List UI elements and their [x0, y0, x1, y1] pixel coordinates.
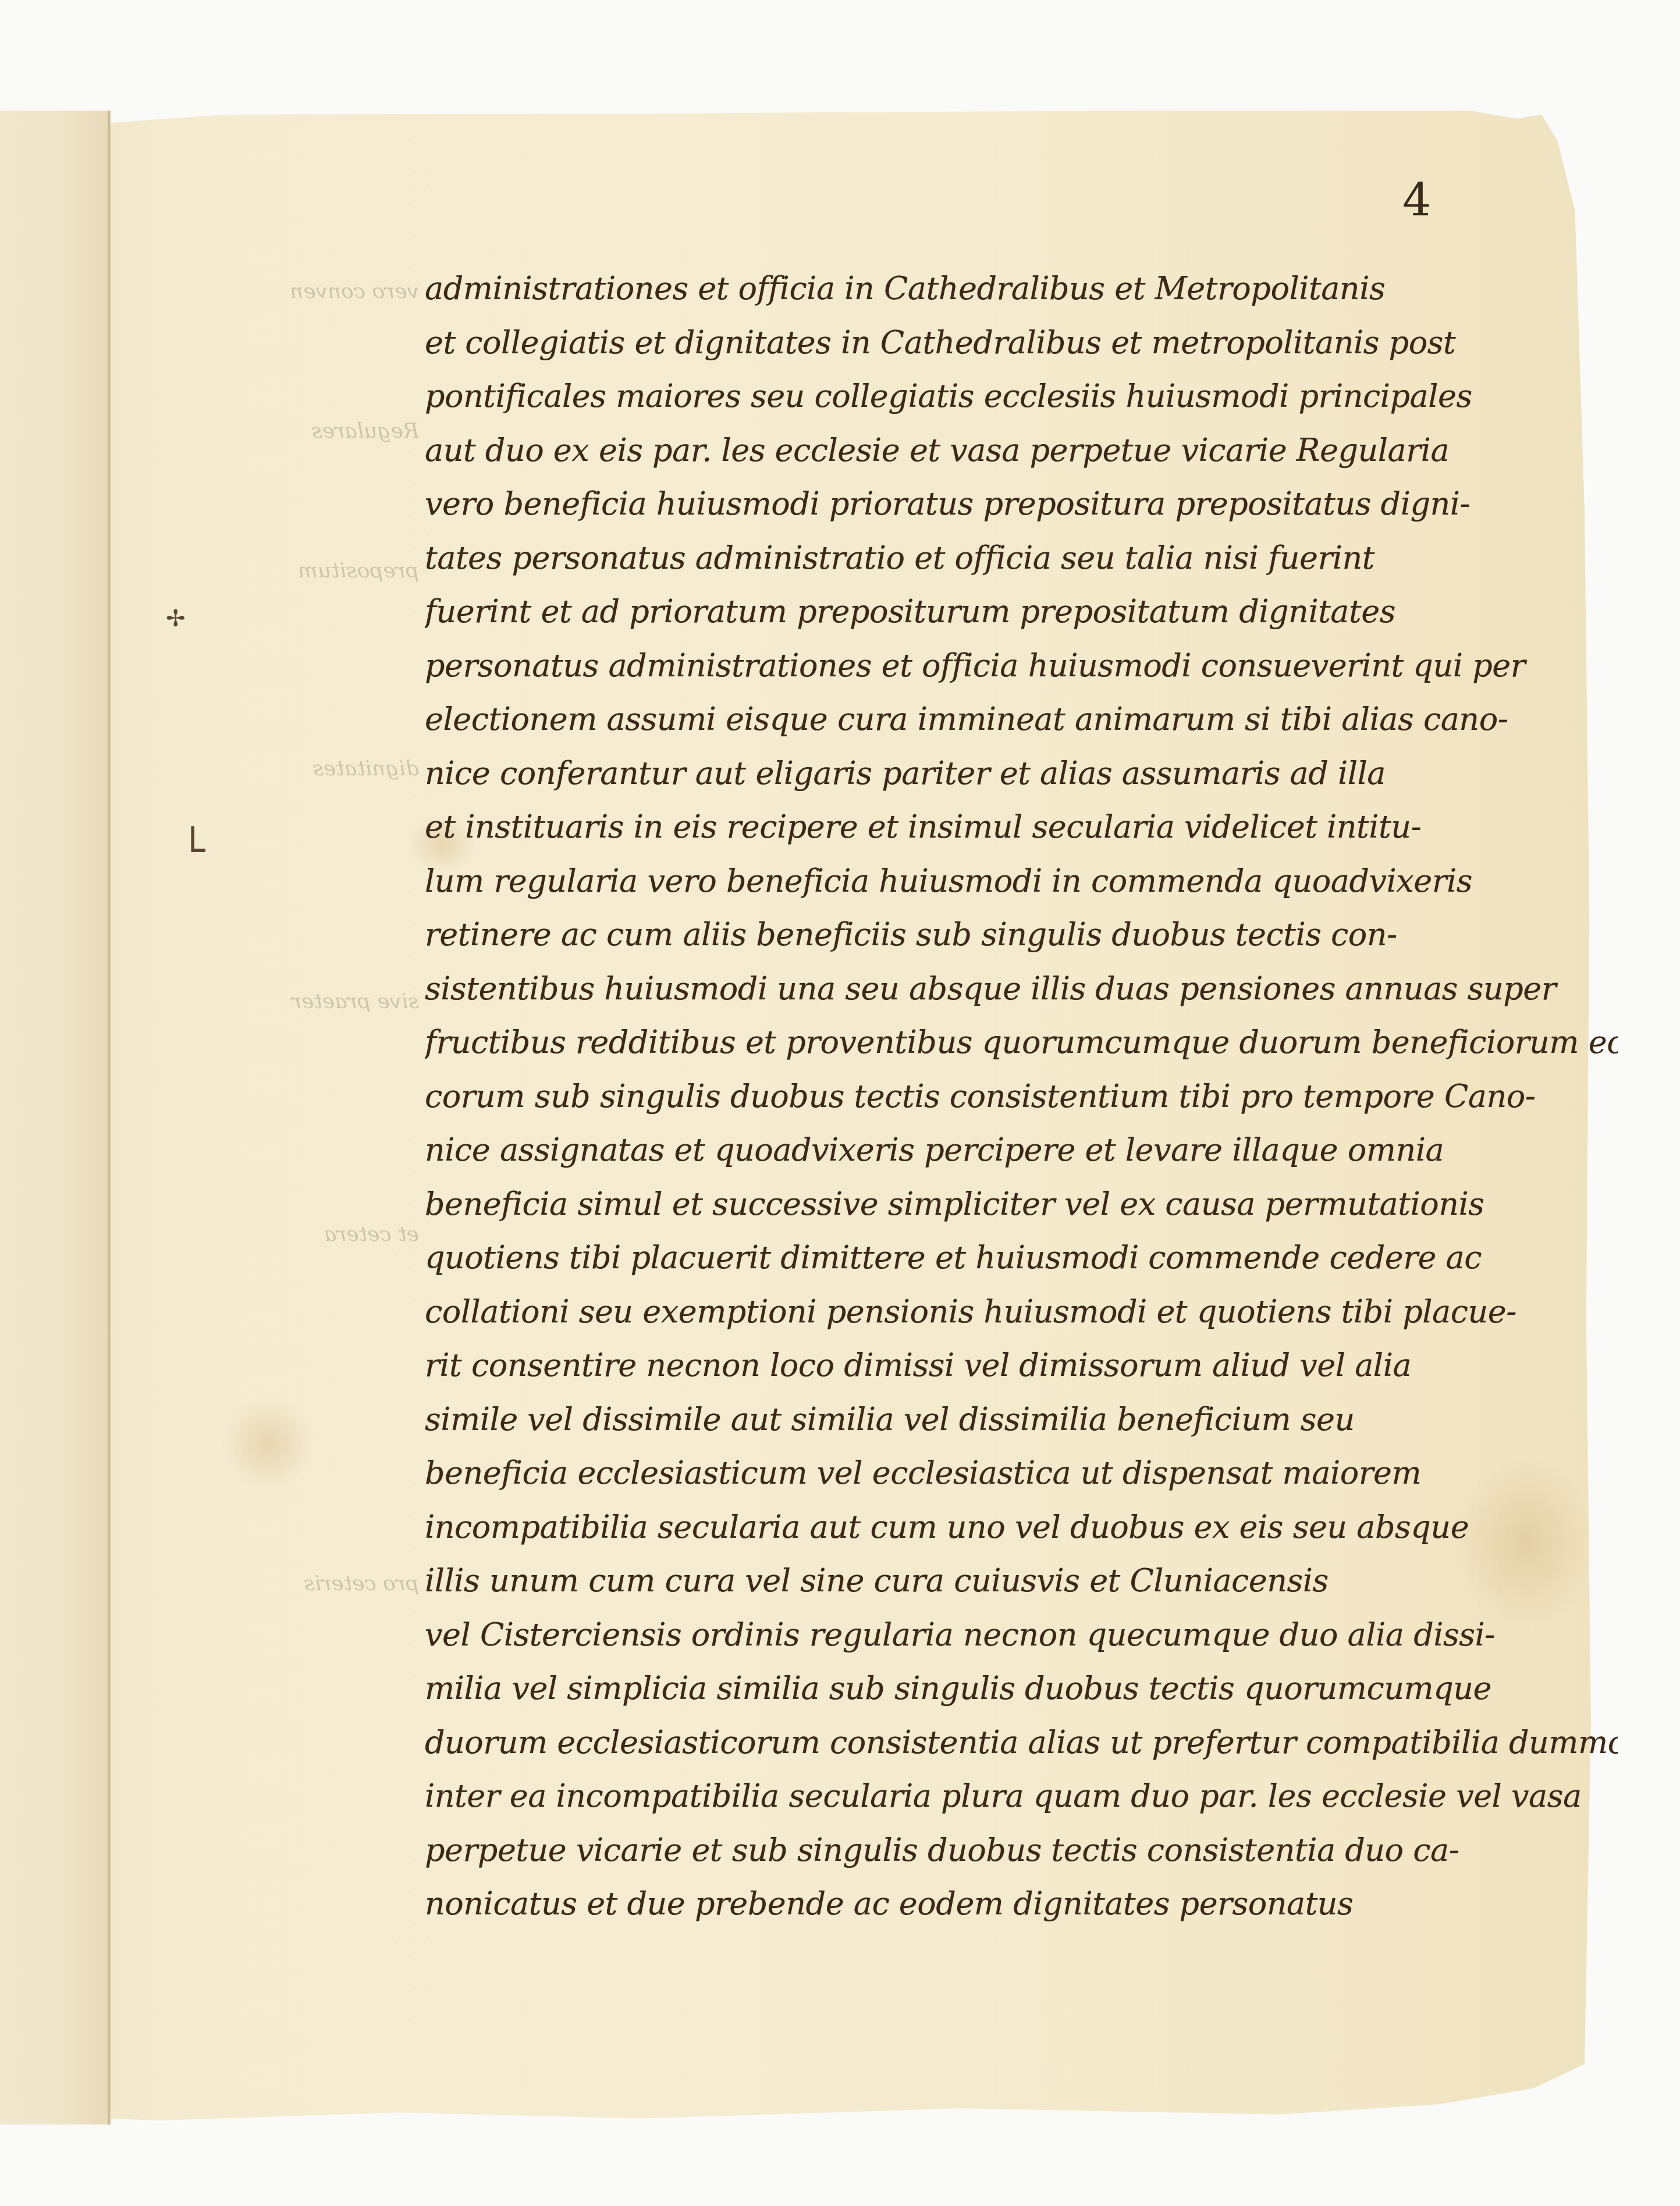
bleedthrough-text: et cetera — [175, 1222, 419, 1246]
paper-stain — [221, 1397, 314, 1490]
margin-cross-mark: ✢ — [166, 605, 186, 632]
bleedthrough-text: pro ceteris — [175, 1572, 419, 1595]
text-line: nice conferantur aut eligaris pariter et… — [425, 747, 1618, 801]
text-line: quotiens tibi placuerit dimittere et hui… — [425, 1231, 1618, 1285]
text-line: simile vel dissimile aut similia vel dis… — [425, 1393, 1618, 1447]
text-line: pontificales maiores seu collegiatis ecc… — [425, 370, 1618, 424]
text-line: nonicatus et due prebende ac eodem digni… — [425, 1877, 1618, 1931]
text-line: fuerint et ad prioratum prepositurum pre… — [425, 585, 1618, 639]
text-line: lum regularia vero beneficia huiusmodi i… — [425, 854, 1618, 909]
bleedthrough-text: vero conven — [175, 279, 419, 303]
text-line: personatus administrationes et officia h… — [425, 639, 1618, 693]
text-line: beneficia simul et successive simplicite… — [425, 1178, 1618, 1232]
text-line: incompatibilia secularia aut cum uno vel… — [425, 1501, 1618, 1555]
bleedthrough-text: dignitates — [175, 757, 419, 781]
text-line: rit consentire necnon loco dimissi vel d… — [425, 1339, 1618, 1393]
binding-gutter — [0, 111, 111, 2125]
text-line: milia vel simplicia similia sub singulis… — [425, 1662, 1618, 1716]
fold-line — [108, 111, 111, 2125]
folio-number: 4 — [1402, 175, 1432, 227]
text-line: nice assignatas et quoadvixeris perciper… — [425, 1123, 1618, 1178]
text-line: corum sub singulis duobus tectis consist… — [425, 1070, 1618, 1124]
text-line: aut duo ex eis par. les ecclesie et vasa… — [425, 424, 1618, 478]
text-line: beneficia ecclesiasticum vel ecclesiasti… — [425, 1446, 1618, 1501]
text-line: retinere ac cum aliis beneficiis sub sin… — [425, 908, 1618, 962]
text-line: sistentibus huiusmodi una seu absque ill… — [425, 962, 1618, 1016]
text-line: electionem assumi eisque cura immineat a… — [425, 693, 1618, 747]
text-line: collationi seu exemptioni pensionis huiu… — [425, 1285, 1618, 1339]
bleedthrough-text: Regulares — [175, 419, 419, 443]
bleedthrough-text: prepositum — [175, 559, 419, 583]
text-line: et instituaris in eis recipere et insimu… — [425, 800, 1618, 854]
text-line: tates personatus administratio et offici… — [425, 531, 1618, 586]
text-line: fructibus redditibus et proventibus quor… — [425, 1016, 1618, 1070]
manuscript-text-block: administrationes et officia in Cathedral… — [425, 262, 1618, 1931]
text-line: illis unum cum cura vel sine cura cuiusv… — [425, 1554, 1618, 1608]
text-line: vero beneficia huiusmodi prioratus prepo… — [425, 477, 1618, 531]
text-line: duorum ecclesiasticorum consistentia ali… — [425, 1716, 1618, 1770]
text-line: perpetue vicarie et sub singulis duobus … — [425, 1824, 1618, 1878]
text-line: vel Cisterciensis ordinis regularia necn… — [425, 1608, 1618, 1662]
text-line: inter ea incompatibilia secularia plura … — [425, 1769, 1618, 1824]
bleedthrough-text: sive praeter — [175, 989, 419, 1013]
text-line: administrationes et officia in Cathedral… — [425, 262, 1618, 316]
margin-bracket-mark: └ — [180, 827, 205, 874]
text-line: et collegiatis et dignitates in Cathedra… — [425, 316, 1618, 370]
